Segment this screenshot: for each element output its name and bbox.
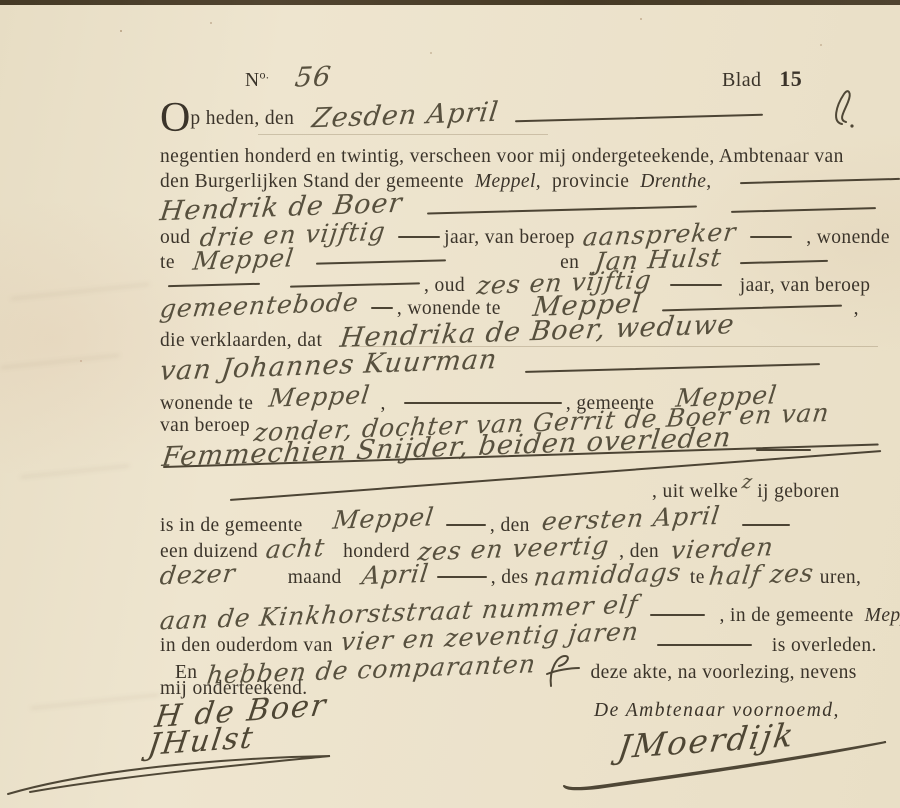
page-top-edge [0,0,900,5]
fill-dash [437,576,487,578]
printed-text: den Burgerlijken Stand der gemeente [160,171,464,192]
printed-text: , in de gemeente [719,605,853,626]
form-line-birthplace: is in de gemeente Meppel , den eersten A… [160,508,790,537]
handwritten-date: Zesden April [310,97,501,135]
sheet-label: Blad [722,69,761,91]
handwritten-birthdate: eersten April [540,501,722,536]
handwritten-hour: half zes [707,558,816,591]
fill-dash [742,524,790,526]
signature-flourish-icon [0,742,470,802]
printed-text: is in de gemeente [160,515,303,536]
fill-dash [398,236,440,238]
pen-flourish-icon [828,86,862,132]
fill-dash [670,284,722,286]
printed-caption: De Ambtenaar voornoemd, [594,700,840,721]
printed-text: , wonende te [397,298,501,319]
printed-text: provincie [552,171,629,192]
form-line-declarant1-name: Hendrik de Boer [160,192,876,223]
bleedthrough-mark [30,693,160,710]
printed-text: te [690,567,705,588]
handwritten-spouse-name: van Johannes Kuurman [158,344,499,387]
form-line-uit-welke: , uit welke z ij geboren [652,480,840,503]
printed-text: uren, [820,567,862,588]
act-number: No. 56 [245,62,332,93]
handwritten-occupation: gemeentebode [158,287,360,323]
fill-dash [740,178,900,184]
form-line-year: negentien honderd en twintig, verscheen … [160,146,844,168]
sheet-value: 15 [779,66,802,91]
printed-municipality: Meppel, [865,605,900,626]
handwritten-month: April [360,559,431,590]
fill-dash [316,259,446,264]
official-caption: De Ambtenaar voornoemd, [594,700,840,722]
fill-dash [404,402,562,404]
printed-text: deze akte, na voorlezing, nevens [591,662,857,683]
fill-dash [750,236,792,238]
bleedthrough-mark [20,464,130,478]
fill-dash [371,307,393,309]
signature-flourish-icon [558,738,893,793]
form-line-opheden: Op heden, den Zesden April [160,100,763,131]
printed-text: negentien honderd en twintig, verscheen … [160,146,844,167]
form-guide-line [258,134,548,135]
fill-dash [740,260,828,264]
printed-text: Op heden, den [160,108,294,129]
printed-text: ij geboren [757,481,840,502]
handwritten-insert-z: z [741,471,755,493]
bleedthrough-mark [10,283,150,301]
form-line-deathtime: dezer maand April , des namiddags te hal… [160,560,861,589]
bleedthrough-mark [0,354,120,370]
fill-dash [731,207,876,213]
handwritten-daypart: namiddags [533,557,684,591]
fill-dash [756,449,811,451]
printed-municipality: Meppel, [475,171,541,192]
paper-speckles [120,30,122,32]
form-line-mother-name: Femmechien Snijder, beiden overleden [162,432,811,463]
act-number-value: 56 [293,61,333,93]
printed-province: Drenthe, [640,171,711,192]
act-number-label: No. [245,70,269,91]
handwritten-place: Meppel [331,502,436,535]
fill-dash [427,205,697,214]
printed-text: , des [491,567,529,588]
sheet-number: Blad 15 [722,66,802,92]
fill-dash [657,644,752,646]
pen-flourish-icon [541,652,581,692]
fill-dash [650,614,705,616]
fill-dash [525,363,820,373]
printed-text: die verklaarden, dat [160,330,322,351]
fill-dash [515,114,763,122]
form-line-gemeente: den Burgerlijken Stand der gemeente Mepp… [160,171,900,193]
fill-dash [446,524,486,526]
printed-text: , [854,298,859,319]
printed-text: , uit welke [652,481,738,502]
fill-dash [168,283,260,287]
form-line-widow-of: van Johannes Kuurman [160,350,820,381]
printed-text: maand [288,567,342,588]
handwritten-dezer: dezer [158,559,237,591]
death-certificate-scan: No. 56 Blad 15 Op heden, den Zesden Apri… [0,0,900,808]
